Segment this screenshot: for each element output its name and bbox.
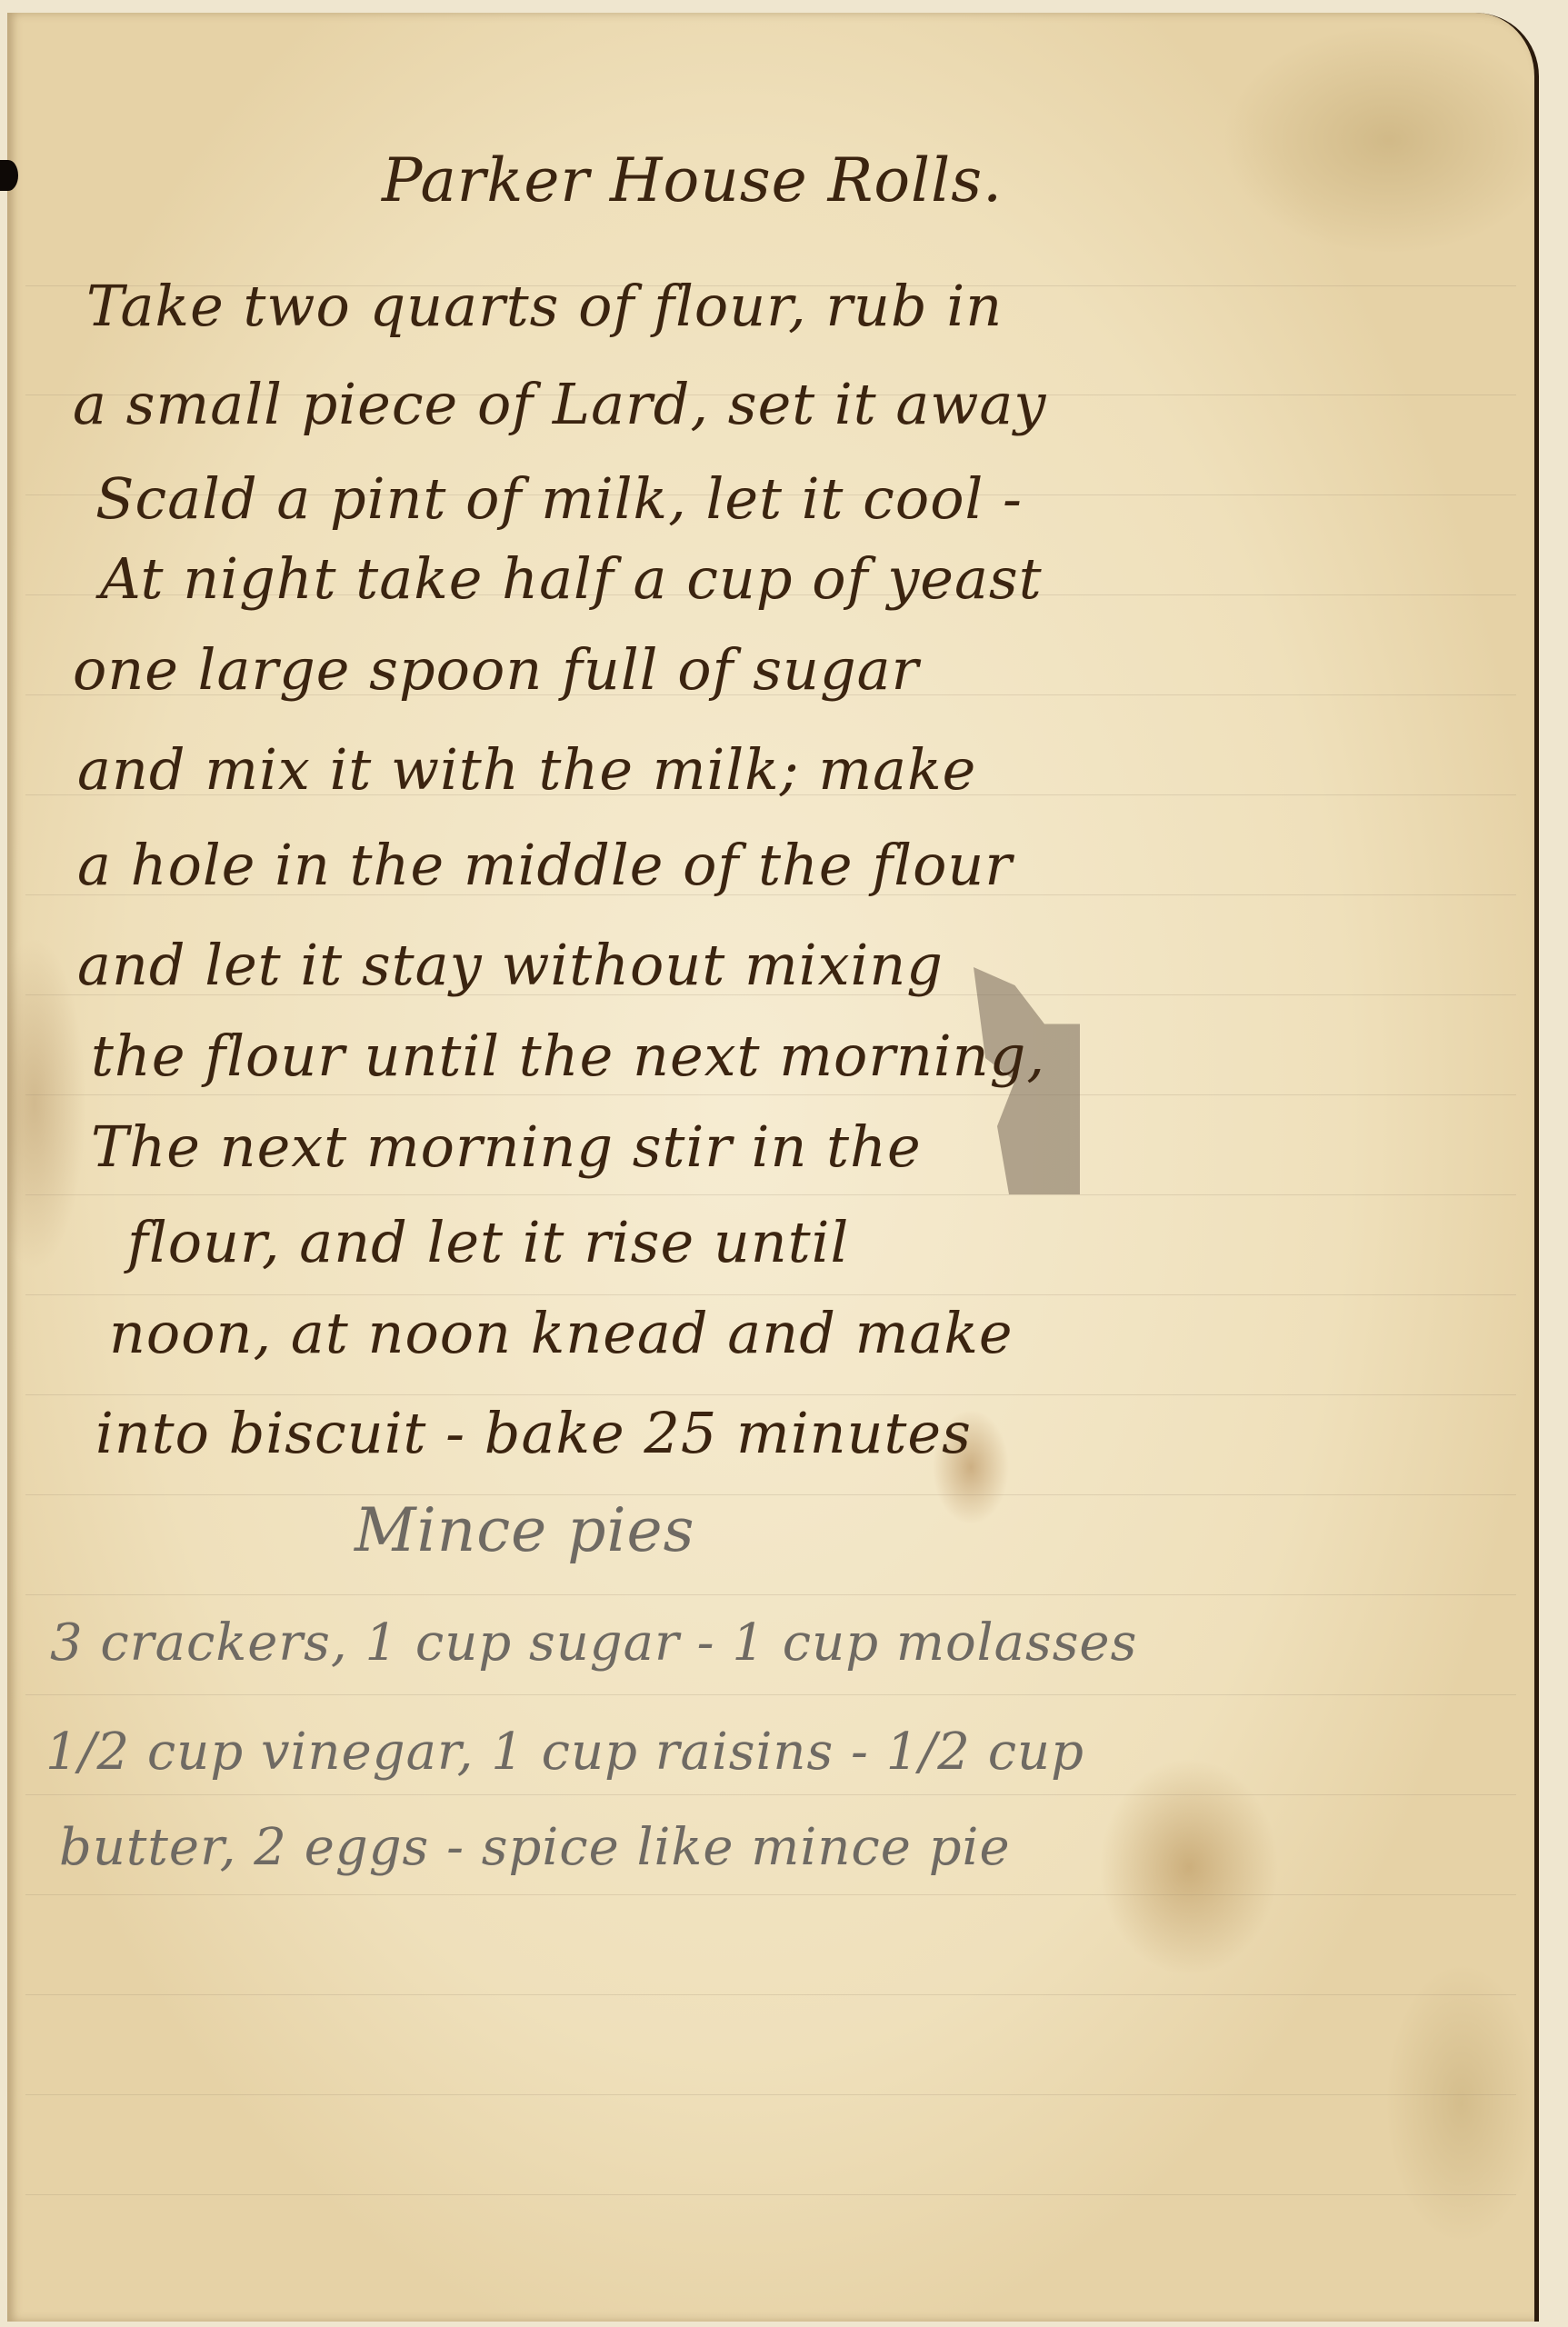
recipe-line: the flour until the next morning, <box>91 1023 1045 1089</box>
recipe-title: Mince pies <box>355 1495 694 1565</box>
recipe-line: butter, 2 eggs - spice like mince pie <box>59 1818 1011 1877</box>
ruled-line <box>25 1394 1516 1395</box>
recipe-line: flour, and let it rise until <box>127 1209 849 1275</box>
recipe-line: Take two quarts of flour, rub in <box>86 273 1003 339</box>
recipe-line: a small piece of Lard, set it away <box>73 371 1046 437</box>
ruled-line <box>25 1094 1516 1095</box>
recipe-title: Parker House Rolls. <box>382 145 1003 215</box>
ruled-line <box>25 1294 1516 1295</box>
recipe-line: into biscuit - bake 25 minutes <box>95 1400 972 1466</box>
recipe-line: 3 crackers, 1 cup sugar - 1 cup molasses <box>50 1613 1137 1673</box>
recipe-line: one large spoon full of sugar <box>73 636 919 703</box>
ruled-line <box>25 1194 1516 1195</box>
ruled-line <box>25 1594 1516 1595</box>
recipe-line: At night take half a cup of yeast <box>100 545 1043 612</box>
recipe-line: Scald a pint of milk, let it cool - <box>95 465 1023 532</box>
ruled-line <box>25 1994 1516 1995</box>
recipe-line: The next morning stir in the <box>91 1114 922 1180</box>
ruled-line <box>25 2094 1516 2095</box>
ruled-line <box>25 1794 1516 1795</box>
ruled-line <box>25 1894 1516 1895</box>
recipe-line: and mix it with the milk; make <box>77 736 976 803</box>
recipe-line: 1/2 cup vinegar, 1 cup raisins - 1/2 cup <box>45 1723 1084 1782</box>
ruled-line <box>25 1494 1516 1495</box>
recipe-line: noon, at noon knead and make <box>109 1300 1014 1366</box>
recipe-line: and let it stay without mixing <box>77 932 944 998</box>
ruled-line <box>25 1694 1516 1695</box>
recipe-line: a hole in the middle of the flour <box>77 832 1013 898</box>
ruled-line <box>25 2194 1516 2195</box>
